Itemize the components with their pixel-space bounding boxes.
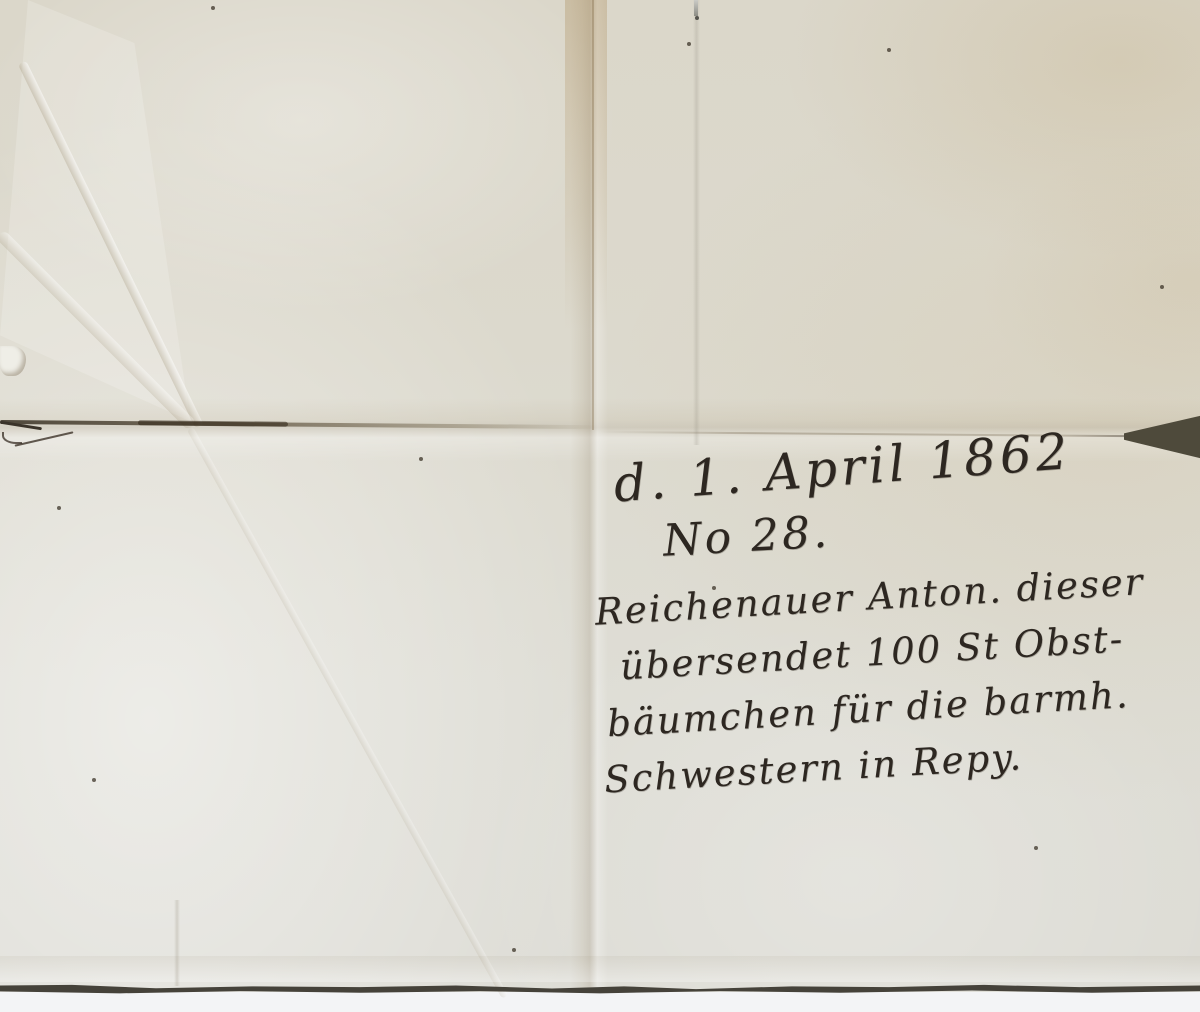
vertical-fold-stain (565, 0, 607, 330)
bottomleft-crease (187, 427, 508, 999)
foxing-speck (687, 42, 691, 46)
vertical-fold-line (592, 0, 594, 430)
foxing-speck (419, 457, 423, 461)
foxing-speck (1160, 285, 1164, 289)
foxing-speck (1034, 846, 1038, 850)
foxing-speck (887, 48, 891, 52)
foxing-speck (92, 778, 96, 782)
secondary-vertical-crease (693, 0, 700, 445)
foxing-speck (211, 6, 215, 10)
bottom-fold-highlight (0, 956, 1200, 982)
letter-paper: d. 1. April 1862 No 28. Reichenauer Anto… (0, 0, 1200, 992)
foxing-speck (512, 948, 516, 952)
bottom-vertical-crease (174, 900, 180, 986)
left-edge-paper-flake (0, 346, 26, 376)
scanned-letter-page: d. 1. April 1862 No 28. Reichenauer Anto… (0, 0, 1200, 1012)
foxing-speck (57, 506, 61, 510)
top-edge-mark-dot (695, 16, 699, 20)
top-edge-mark (694, 0, 698, 16)
body-text: Reichenauer Anton. dieser übersendet 100… (593, 551, 1200, 809)
handwriting-block: d. 1. April 1862 No 28. Reichenauer Anto… (586, 418, 1200, 808)
